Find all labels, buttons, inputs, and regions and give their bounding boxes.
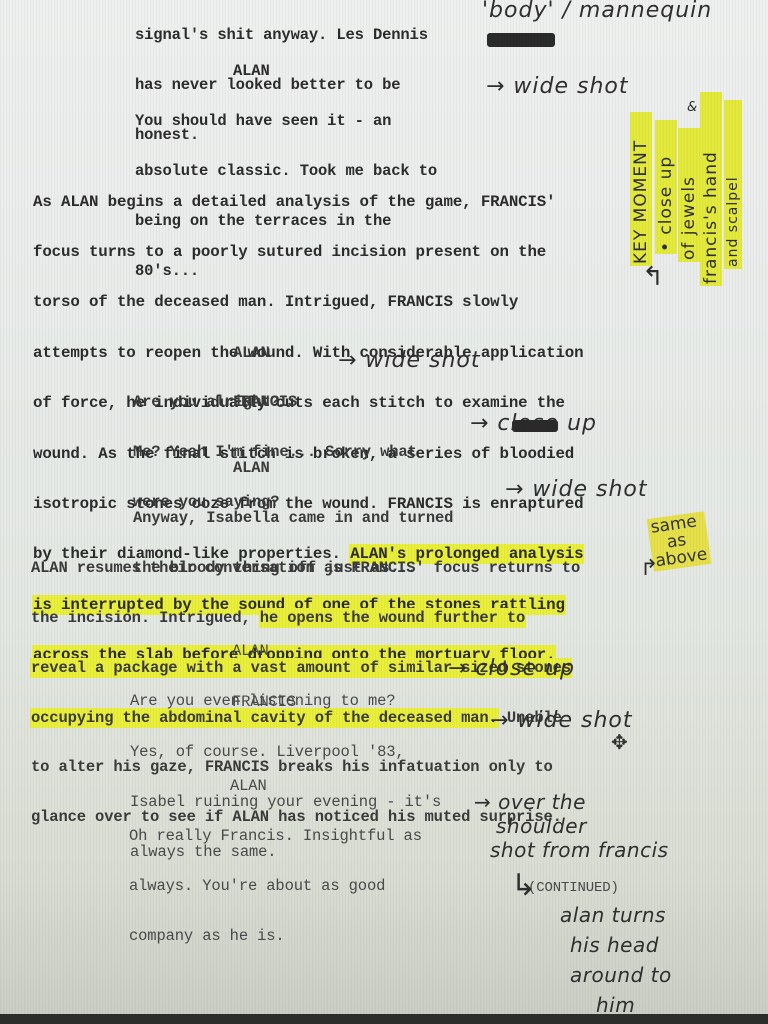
curved-arrow-icon: ↳	[511, 868, 536, 903]
annotation-line: → over the	[474, 790, 669, 814]
annotation-close-up: • close up	[655, 120, 677, 254]
annotation-line: alan turns	[560, 900, 672, 930]
action-line: torso of the deceased man. Intrigued, FR…	[33, 294, 583, 311]
move-cursor-icon: ✥	[611, 730, 628, 754]
arrow-up-icon: ↰	[642, 262, 664, 292]
dialogue-line: Anyway, Isabella came in and turned	[133, 510, 453, 527]
dialogue-line: Me? Yeah I'm fine... Sorry what	[133, 444, 417, 461]
continued-marker: (CONTINUED)	[528, 880, 619, 897]
annotation-key-moment: KEY MOMENT	[630, 112, 652, 266]
dialogue-line: Yes, of course. Liverpool '83,	[130, 744, 441, 761]
action-line: the incision. Intrigued, he opens the wo…	[31, 610, 580, 627]
character-name: FRANCIS	[232, 694, 296, 711]
annotation-wide-shot: → wide shot	[505, 477, 648, 502]
dialogue-line: always. You're about as good	[129, 878, 422, 895]
arrow-up-icon: ↱	[640, 556, 658, 581]
dialogue-line: company as he is.	[129, 928, 422, 945]
character-name: FRANCIS	[233, 394, 297, 411]
action-line: As ALAN begins a detailed analysis of th…	[33, 194, 583, 211]
dialogue-line: You should have seen it - an	[135, 113, 437, 130]
action-line: of force, he individually cuts each stit…	[33, 395, 583, 412]
character-name: ALAN	[230, 778, 267, 795]
action-text: the incision. Intrigued,	[31, 609, 260, 627]
character-name: ALAN	[233, 345, 270, 362]
character-name: ALAN	[233, 460, 270, 477]
character-name: ALAN	[233, 63, 270, 80]
dialogue-line: signal's shit anyway. Les Dennis	[135, 27, 428, 44]
annotation-body-mannequin: 'body' / mannequin	[482, 0, 712, 23]
annotation-close-up: → close up	[448, 656, 575, 681]
scribbled-out-mark	[487, 33, 555, 47]
annotation-over-the-shoulder: → over the shoulder shot from francis	[474, 790, 669, 862]
dialogue-line: Oh really Francis. Insightful as	[129, 828, 422, 845]
character-name: ALAN	[232, 643, 269, 660]
annotation-line: shot from francis	[474, 838, 669, 862]
action-line: attempts to reopen the wound. With consi…	[33, 345, 583, 362]
highlighted-text: he opens the wound further to	[260, 609, 525, 627]
dialogue-block: Oh really Francis. Insightful as always.…	[129, 795, 422, 978]
action-line: focus turns to a poorly sutured incision…	[33, 244, 583, 261]
monitor-bezel	[0, 1014, 768, 1024]
annotation-and-scalpel: and scalpel	[724, 100, 742, 269]
annotation-wide-shot: → wide shot	[338, 348, 481, 373]
annotation-line: his head	[560, 930, 672, 960]
annotation-wide-shot: → wide shot	[486, 74, 629, 99]
annotation-word: above	[654, 546, 708, 570]
annotation-of-jewels: of jewels	[678, 128, 700, 262]
annotation-ampersand: &	[687, 100, 697, 115]
annotation-line: shoulder	[474, 814, 669, 838]
annotation-francis-hand: francis's hand	[700, 92, 722, 286]
annotation-alan-turns: alan turns his head around to him	[560, 900, 672, 1020]
annotation-line: around to	[560, 960, 672, 990]
scribbled-out-mark	[512, 420, 558, 432]
screenplay-page: signal's shit anyway. Les Dennis has nev…	[0, 0, 768, 1024]
action-line: ALAN resumes their conversation as FRANC…	[31, 560, 580, 577]
